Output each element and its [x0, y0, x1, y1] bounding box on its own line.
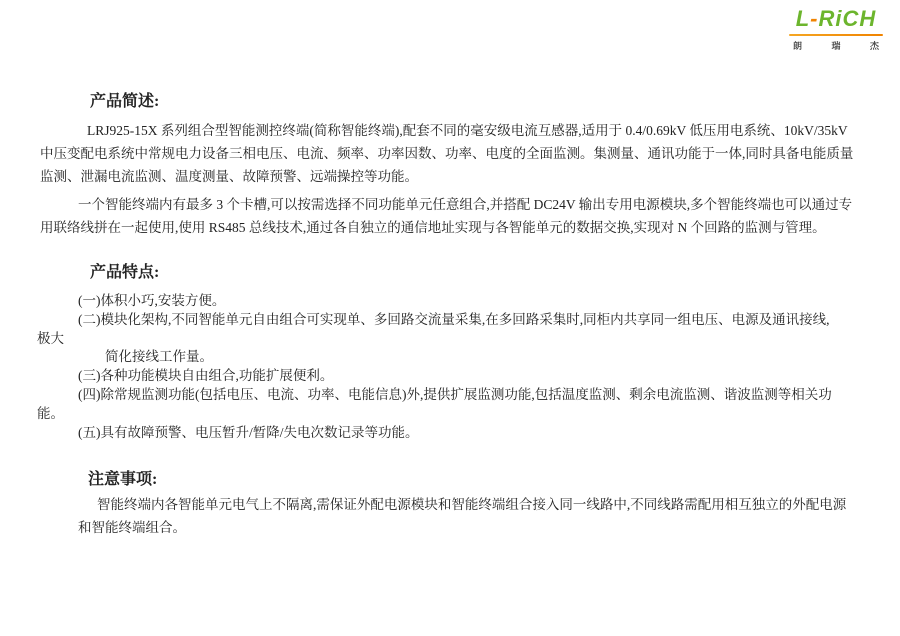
feature-item-4-line1: (四)除常规监测功能(包括电压、电流、功率、电能信息)外,提供扩展监测功能,包括…: [37, 386, 832, 405]
section-heading-features: 产品特点:: [90, 259, 159, 282]
feature-item-1: (一)体积小巧,安装方便。: [37, 292, 832, 311]
feature-item-2-line2: 极大: [37, 330, 832, 349]
overview-paragraph-2: 一个智能终端内有最多 3 个卡槽,可以按需选择不同功能单元任意组合,并搭配 DC…: [40, 193, 852, 239]
logo-char-2: 瑞: [831, 39, 840, 52]
logo-letters-rich: RiCH: [819, 6, 877, 31]
feature-item-5: (五)具有故障预警、电压暂升/暂降/失电次数记录等功能。: [37, 424, 832, 443]
feature-item-2-line1: (二)模块化架构,不同智能单元自由组合可实现单、多回路交流量采集,在多回路采集时…: [37, 311, 832, 330]
overview-p1-line2: 中压变配电系统中常规电力设备三相电压、电流、频率、功率因数、功率、电度的全面监测…: [40, 142, 853, 165]
notes-line2: 和智能终端组合。: [78, 516, 846, 539]
features-list: (一)体积小巧,安装方便。 (二)模块化架构,不同智能单元自由组合可实现单、多回…: [37, 292, 832, 442]
feature-item-2-line3: 简化接线工作量。: [37, 348, 832, 367]
logo-char-1: 朗: [793, 39, 802, 52]
overview-p1-line3: 监测、泄漏电流监测、温度测量、故障预警、远端操控等功能。: [40, 165, 853, 188]
overview-p2-line2: 用联络线拼在一起使用,使用 RS485 总线技术,通过各自独立的通信地址实现与各…: [40, 216, 852, 239]
logo-letter-l: L: [796, 6, 810, 31]
logo-char-3: 杰: [870, 39, 879, 52]
company-logo: L-RiCH 朗 瑞 杰: [787, 7, 885, 52]
section-heading-overview: 产品简述:: [90, 88, 159, 111]
document-page: L-RiCH 朗 瑞 杰 产品简述: LRJ925-15X 系列组合型智能测控终…: [0, 0, 900, 636]
overview-paragraph-1: LRJ925-15X 系列组合型智能测控终端(简称智能终端),配套不同的毫安级电…: [40, 119, 853, 188]
notes-paragraph: 智能终端内各智能单元电气上不隔离,需保证外配电源模块和智能终端组合接入同一线路中…: [78, 493, 846, 539]
logo-chinese-name: 朗 瑞 杰: [787, 39, 885, 52]
overview-p2-line1: 一个智能终端内有最多 3 个卡槽,可以按需选择不同功能单元任意组合,并搭配 DC…: [40, 193, 852, 216]
feature-item-4-line2: 能。: [37, 405, 832, 424]
feature-item-3: (三)各种功能模块自由组合,功能扩展便利。: [37, 367, 832, 386]
overview-p1-line1: LRJ925-15X 系列组合型智能测控终端(简称智能终端),配套不同的毫安级电…: [40, 119, 853, 142]
logo-underline: [789, 34, 883, 36]
logo-brand-text: L-RiCH: [787, 7, 885, 31]
notes-line1: 智能终端内各智能单元电气上不隔离,需保证外配电源模块和智能终端组合接入同一线路中…: [78, 493, 846, 516]
logo-dash: -: [810, 6, 818, 31]
section-heading-notes: 注意事项:: [88, 466, 157, 489]
